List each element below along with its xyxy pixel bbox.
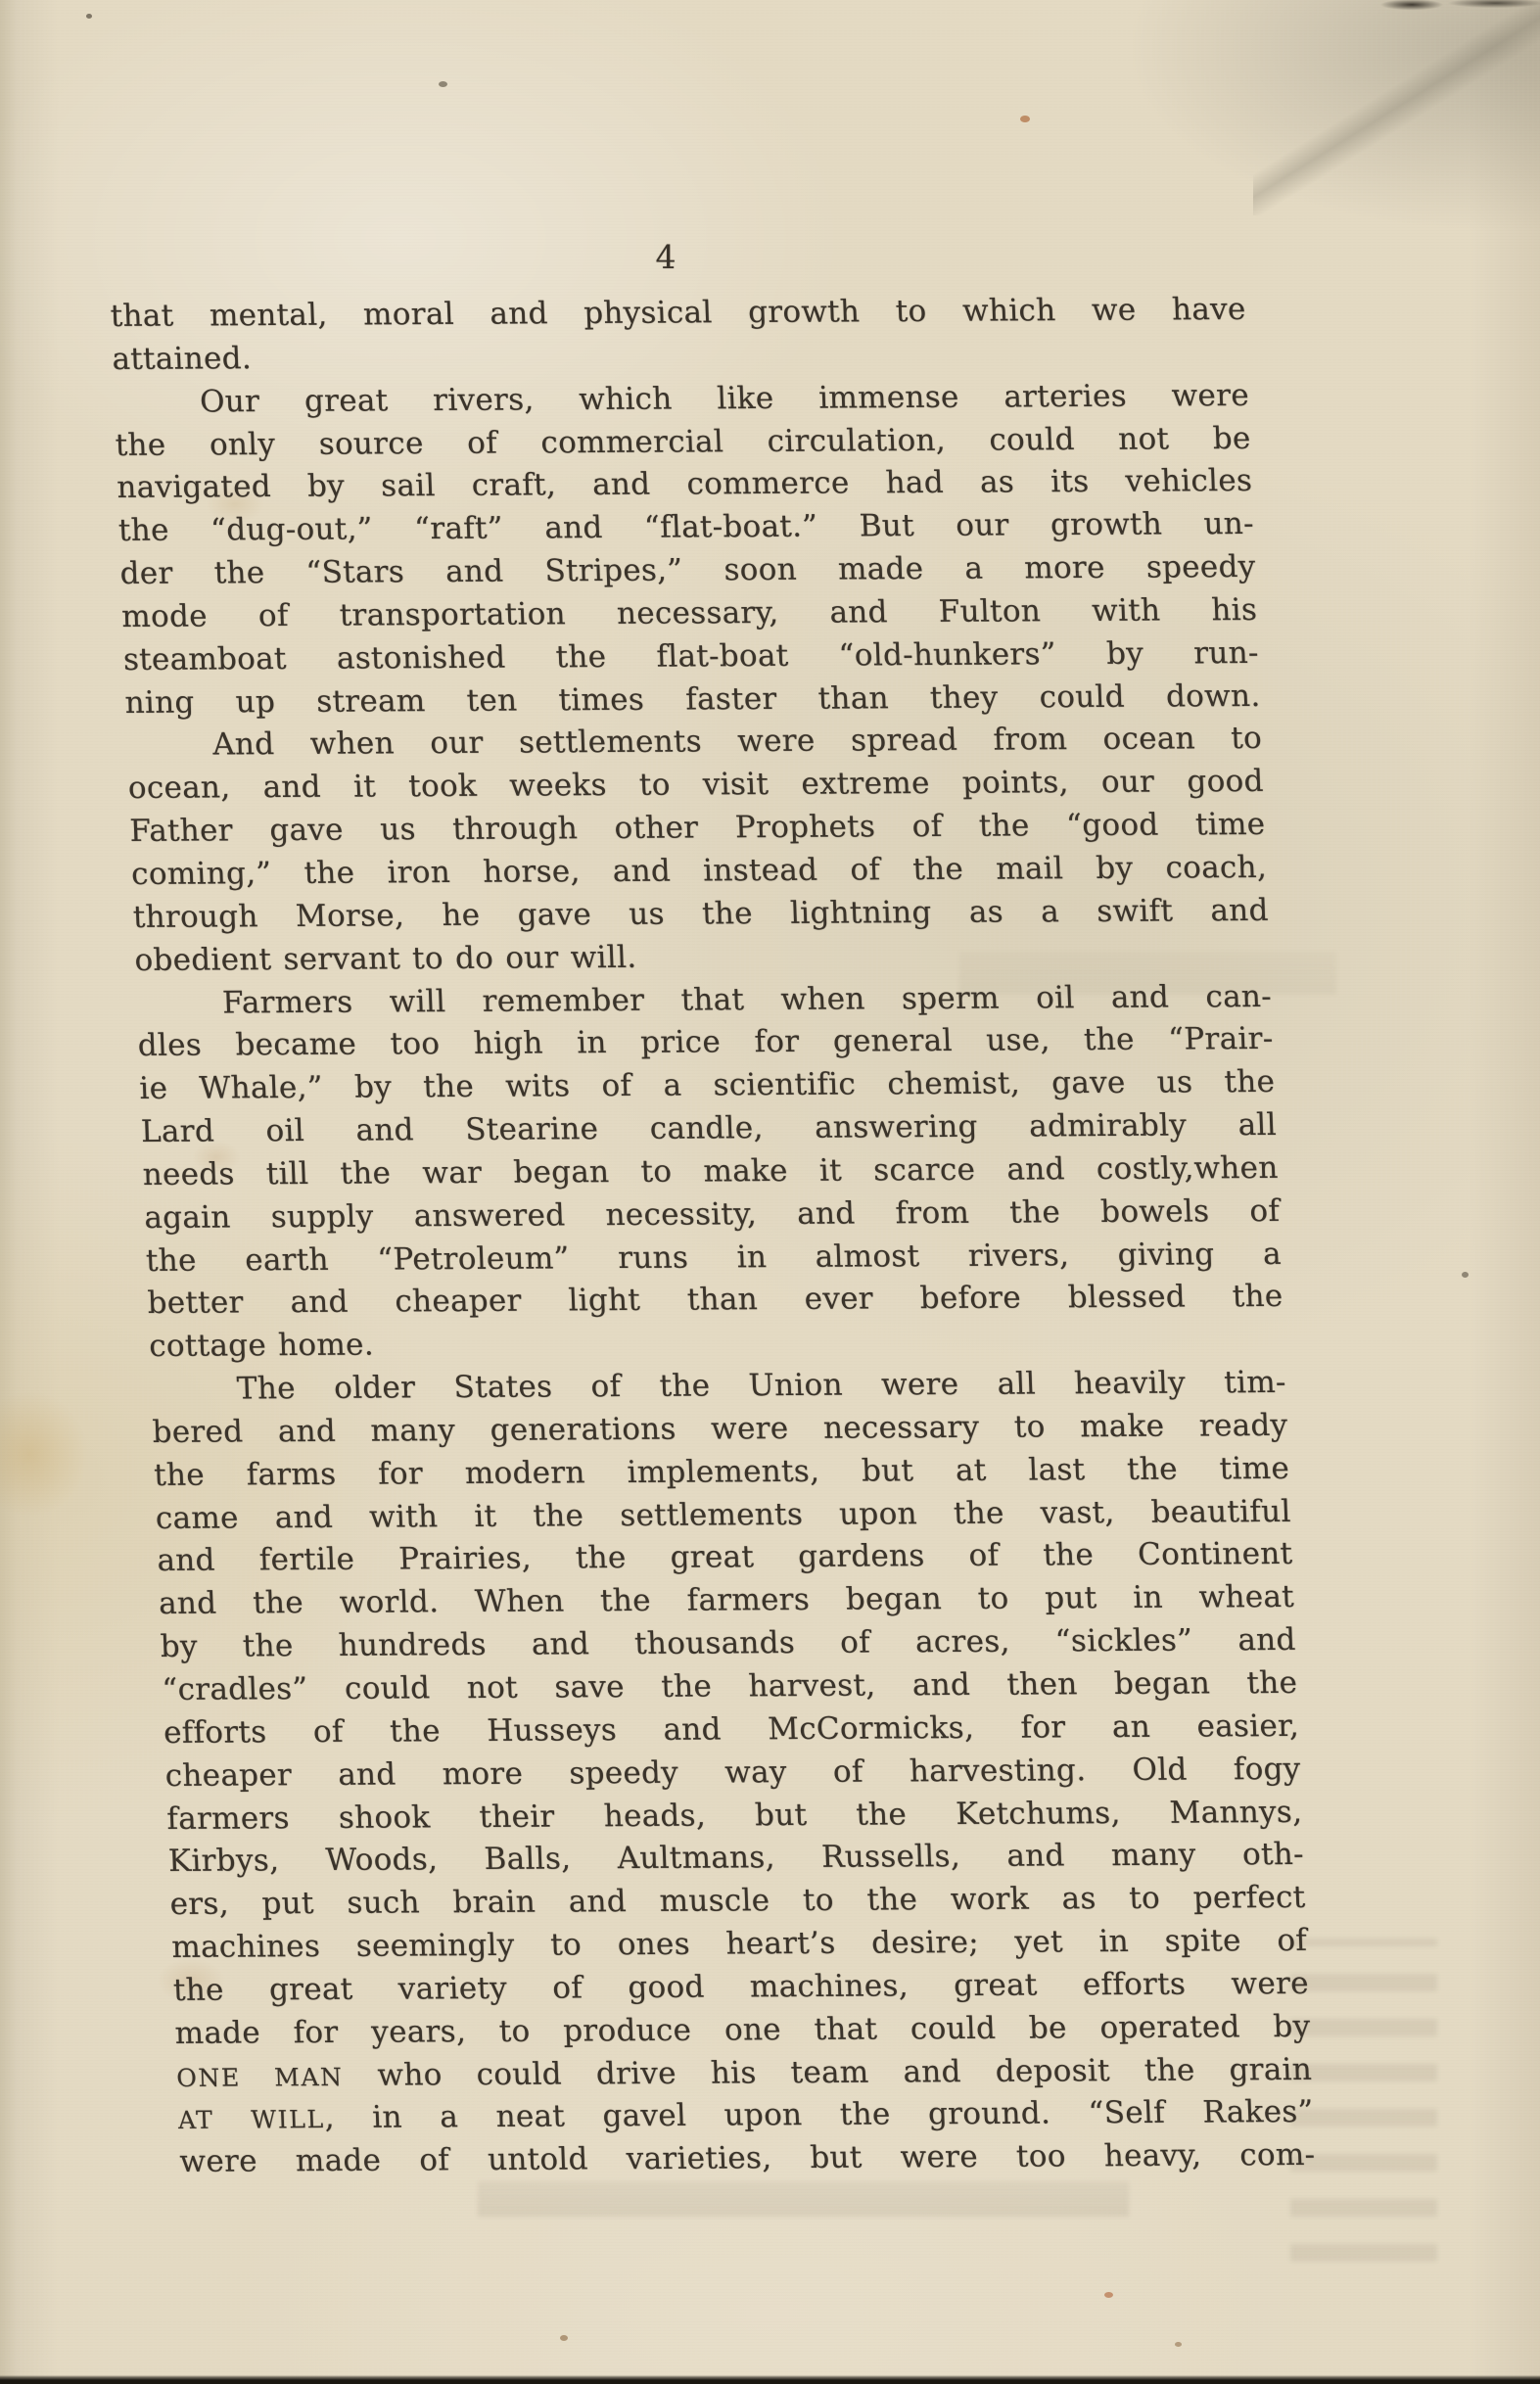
text-line-35: cheaper and more speedy way of harvestin… bbox=[164, 1749, 1301, 1799]
text-segment: steamboat astonished the flat-boat “old-… bbox=[122, 635, 1259, 678]
text-line-1: that mental, moral and physical growth t… bbox=[110, 289, 1246, 339]
text-segment: bered and many generations were necessar… bbox=[152, 1408, 1288, 1450]
text-line-21: needs till the war began to make it scar… bbox=[142, 1147, 1279, 1197]
text-segment: ers, put such brain and muscle to the wo… bbox=[169, 1880, 1306, 1922]
text-segment: ning up stream ten times faster than the… bbox=[124, 678, 1261, 721]
text-line-39: machines seemingly to ones heart’s desir… bbox=[171, 1920, 1308, 1970]
text-segment: that mental, moral and physical growth t… bbox=[110, 292, 1246, 334]
text-segment: and fertile Prairies, the great gardens … bbox=[157, 1536, 1293, 1578]
text-segment: efforts of the Husseys and McCormicks, f… bbox=[163, 1708, 1299, 1751]
text-segment: better and cheaper light than ever befor… bbox=[147, 1279, 1283, 1321]
text-segment: “cradles” could not save the harvest, an… bbox=[162, 1665, 1298, 1707]
text-line-26: The older States of the Union were all h… bbox=[150, 1362, 1286, 1412]
text-segment: and the world. When the farmers began to… bbox=[158, 1579, 1294, 1621]
text-segment: needs till the war began to make it scar… bbox=[142, 1150, 1279, 1192]
text-segment: obedient servant to do our will. bbox=[134, 940, 637, 978]
text-line-28: the farms for modern implements, but at … bbox=[153, 1448, 1289, 1498]
text-line-29: came and with it the settlements upon th… bbox=[155, 1491, 1291, 1541]
text-line-6: the “dug-out,” “raft” and “flat-boat.” B… bbox=[117, 503, 1254, 553]
text-line-22: again supply answered necessity, and fro… bbox=[144, 1191, 1281, 1240]
text-segment: Father gave us through other Prophets of… bbox=[129, 807, 1266, 849]
text-line-20: Lard oil and Stearine candle, answering … bbox=[140, 1104, 1277, 1154]
text-segment: were made of untold varieties, but were … bbox=[179, 2137, 1316, 2179]
smallcaps-text: ONE MAN bbox=[176, 2063, 344, 2092]
text-line-15: through Morse, he gave us the lightning … bbox=[132, 890, 1269, 940]
text-line-31: and the world. When the farmers began to… bbox=[158, 1576, 1294, 1626]
text-segment: The older States of the Union were all h… bbox=[236, 1365, 1286, 1407]
text-line-18: dles became too high in price for genera… bbox=[137, 1018, 1274, 1068]
smallcaps-text: AT WILL bbox=[177, 2105, 325, 2134]
text-segment: again supply answered necessity, and fro… bbox=[144, 1193, 1281, 1236]
scan-edge-smudge bbox=[1356, 0, 1540, 16]
text-line-13: Father gave us through other Prophets of… bbox=[129, 804, 1266, 854]
text-segment: , in a neat gavel upon the ground. “Self… bbox=[324, 2094, 1314, 2135]
text-line-10: ning up stream ten times faster than the… bbox=[124, 676, 1261, 725]
text-line-27: bered and many generations were necessar… bbox=[152, 1405, 1288, 1455]
text-segment: by the hundreds and thousands of acres, … bbox=[160, 1622, 1296, 1664]
page-number: 4 bbox=[98, 238, 1234, 276]
text-line-16: obedient servant to do our will. bbox=[134, 933, 1271, 983]
text-line-25: cottage home. bbox=[148, 1319, 1284, 1369]
text-line-40: the great variety of good machines, grea… bbox=[172, 1963, 1309, 2013]
text-line-44: were made of untold varieties, but were … bbox=[179, 2134, 1316, 2184]
text-segment: machines seemingly to ones heart’s desir… bbox=[171, 1923, 1308, 1965]
text-line-32: by the hundreds and thousands of acres, … bbox=[160, 1619, 1296, 1669]
text-segment: ocean, and it took weeks to visit extrem… bbox=[127, 764, 1264, 806]
text-line-34: efforts of the Husseys and McCormicks, f… bbox=[163, 1706, 1299, 1755]
text-segment: the farms for modern implements, but at … bbox=[154, 1451, 1290, 1493]
text-line-7: der the “Stars and Stripes,” soon made a… bbox=[119, 546, 1256, 596]
scan-edge-bottom bbox=[0, 2375, 1540, 2384]
text-segment: der the “Stars and Stripes,” soon made a… bbox=[119, 549, 1256, 591]
text-line-38: ers, put such brain and muscle to the wo… bbox=[169, 1877, 1306, 1927]
text-line-43: AT WILL, in a neat gavel upon the ground… bbox=[177, 2091, 1314, 2141]
text-segment: cheaper and more speedy way of harvestin… bbox=[164, 1752, 1301, 1794]
text-segment: Our great rivers, which like immense art… bbox=[199, 378, 1249, 420]
text-line-36: farmers shook their heads, but the Ketch… bbox=[166, 1791, 1303, 1841]
text-line-23: the earth “Petroleum” runs in almost riv… bbox=[145, 1233, 1282, 1283]
text-line-9: steamboat astonished the flat-boat “old-… bbox=[122, 632, 1259, 682]
text-segment: the great variety of good machines, grea… bbox=[172, 1966, 1309, 2008]
text-segment: mode of transportation necessary, and Fu… bbox=[121, 592, 1258, 634]
text-line-5: navigated by sail craft, and commerce ha… bbox=[117, 460, 1253, 510]
text-segment: navigated by sail craft, and commerce ha… bbox=[117, 463, 1253, 505]
text-segment: through Morse, he gave us the lightning … bbox=[132, 893, 1269, 935]
text-line-2: attained. bbox=[112, 332, 1248, 382]
text-line-8: mode of transportation necessary, and Fu… bbox=[121, 589, 1258, 639]
text-line-14: coming,” the iron horse, and instead of … bbox=[130, 847, 1267, 897]
text-segment: coming,” the iron horse, and instead of … bbox=[131, 850, 1268, 892]
text-segment: Farmers will remember that when sperm oi… bbox=[221, 978, 1272, 1020]
text-line-11: And when our settlements were spread fro… bbox=[125, 718, 1262, 768]
text-segment: cottage home. bbox=[149, 1328, 375, 1364]
text-segment: Lard oil and Stearine candle, answering … bbox=[140, 1107, 1277, 1149]
text-segment: And when our settlements were spread fro… bbox=[212, 721, 1263, 763]
text-segment: dles became too high in price for genera… bbox=[137, 1021, 1274, 1063]
text-segment: Kirbys, Woods, Balls, Aultmans, Russells… bbox=[167, 1837, 1304, 1879]
text-segment: ie Whale,” by the wits of a scientific c… bbox=[139, 1064, 1276, 1106]
text-line-42: ONE MAN who could drive his team and dep… bbox=[175, 2048, 1312, 2098]
text-line-19: ie Whale,” by the wits of a scientific c… bbox=[139, 1061, 1276, 1111]
text-block: that mental, moral and physical growth t… bbox=[110, 289, 1316, 2184]
text-segment: the earth “Petroleum” runs in almost riv… bbox=[145, 1236, 1282, 1278]
text-line-37: Kirbys, Woods, Balls, Aultmans, Russells… bbox=[167, 1834, 1304, 1884]
text-segment: the only source of commercial circulatio… bbox=[115, 420, 1251, 462]
text-segment: made for years, to produce one that coul… bbox=[174, 2009, 1311, 2051]
text-line-17: Farmers will remember that when sperm oi… bbox=[135, 975, 1272, 1025]
text-segment: farmers shook their heads, but the Ketch… bbox=[166, 1794, 1303, 1836]
text-line-24: better and cheaper light than ever befor… bbox=[147, 1276, 1283, 1326]
text-line-3: Our great rivers, which like immense art… bbox=[113, 375, 1249, 425]
text-segment: came and with it the settlements upon th… bbox=[155, 1494, 1291, 1536]
text-line-41: made for years, to produce one that coul… bbox=[174, 2006, 1311, 2056]
text-line-33: “cradles” could not save the harvest, an… bbox=[162, 1662, 1298, 1712]
text-line-12: ocean, and it took weeks to visit extrem… bbox=[127, 761, 1264, 811]
text-segment: attained. bbox=[112, 341, 253, 377]
text-line-4: the only source of commercial circulatio… bbox=[115, 417, 1251, 467]
text-line-30: and fertile Prairies, the great gardens … bbox=[157, 1533, 1293, 1583]
text-segment: the “dug-out,” “raft” and “flat-boat.” B… bbox=[117, 506, 1254, 548]
text-segment: who could drive his team and deposit the… bbox=[343, 2051, 1313, 2092]
